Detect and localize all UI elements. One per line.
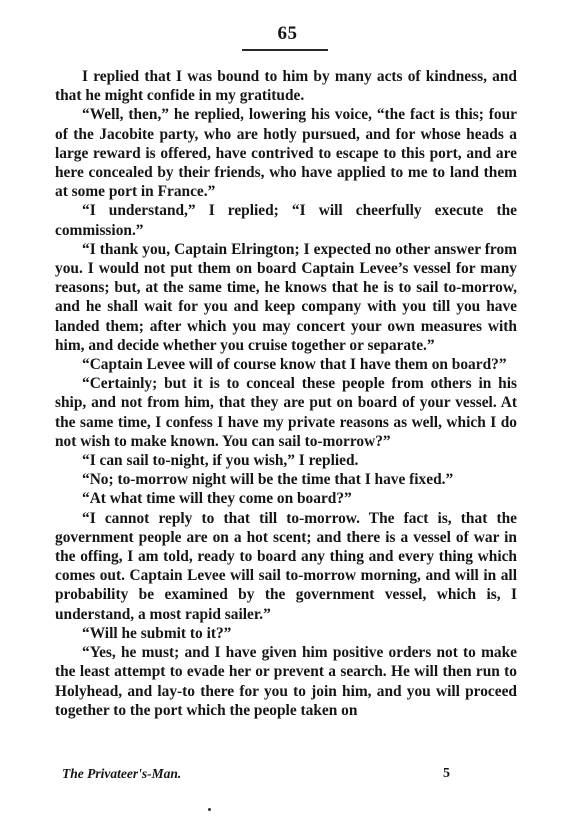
paragraph: “Will he submit to it?” <box>55 624 517 643</box>
signature-mark: 5 <box>443 766 450 782</box>
scan-speck <box>208 808 211 811</box>
paragraph: “I cannot reply to that till to-morrow. … <box>55 509 517 624</box>
paragraph: “Certainly; but it is to conceal these p… <box>55 374 517 451</box>
paragraph: “Captain Levee will of course know that … <box>55 355 517 374</box>
paragraph: “I can sail to-night, if you wish,” I re… <box>55 451 517 470</box>
paragraph: “Well, then,” he replied, lowering his v… <box>55 105 517 201</box>
paragraph: “Yes, he must; and I have given him posi… <box>55 643 517 720</box>
header-rule <box>242 49 328 51</box>
page-footer: The Privateer's-Man. 5 <box>62 766 462 786</box>
paragraph: “At what time will they come on board?” <box>55 489 517 508</box>
running-footer-title: The Privateer's-Man. <box>62 766 181 782</box>
paragraph: I replied that I was bound to him by man… <box>55 67 517 105</box>
paragraph: “No; to-morrow night will be the time th… <box>55 470 517 489</box>
body-text: I replied that I was bound to him by man… <box>55 67 517 720</box>
paragraph: “I thank you, Captain Elrington; I expec… <box>55 240 517 355</box>
paragraph: “I understand,” I replied; “I will cheer… <box>55 201 517 239</box>
page-number: 65 <box>0 23 575 45</box>
